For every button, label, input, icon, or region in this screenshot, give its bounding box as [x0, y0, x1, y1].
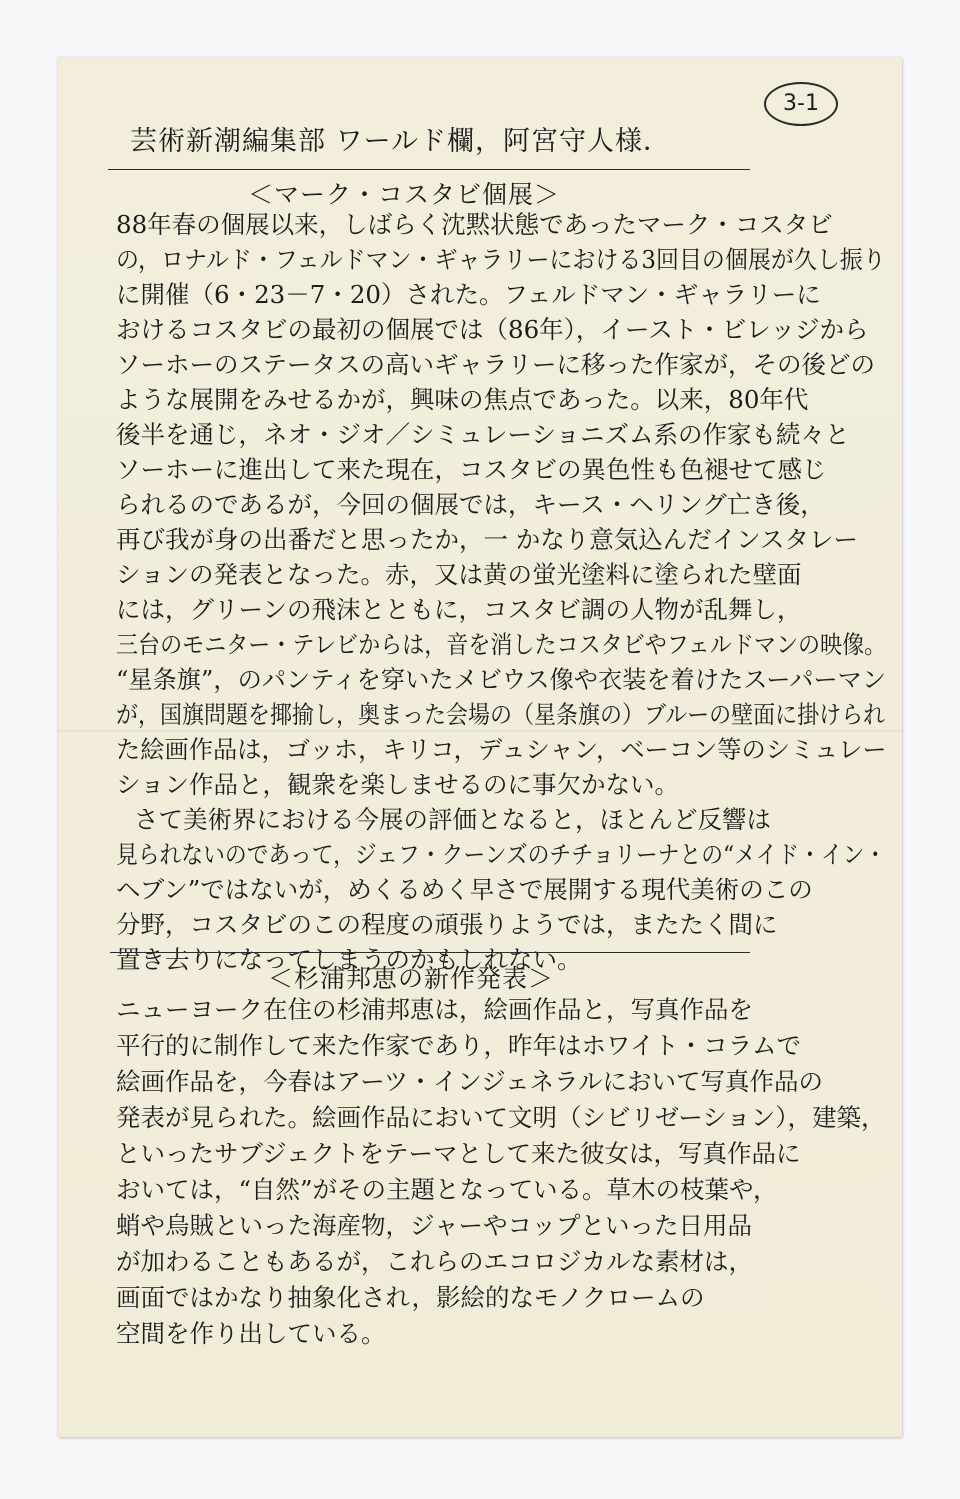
text-line: た絵画作品は，ゴッホ，キリコ，デュシャン，ベーコン等のシミュレー — [116, 732, 886, 767]
section-title-sugiura: ＜杉浦邦恵の新作発表＞ — [268, 959, 554, 995]
text-line: 蛸や烏賊といった海産物，ジャーやコップといった日用品 — [116, 1208, 876, 1244]
manuscript-page: 3-1 芸術新潮編集部 ワールド欄，阿宮守人様． ＜マーク・コスタビ個展＞ 88… — [58, 57, 902, 1437]
text-line: さて美術界における今展の評価となると，ほとんど反響は — [116, 802, 876, 837]
text-line: 後半を通じ，ネオ・ジオ／シミュレーショニズム系の作家も続々と — [116, 417, 876, 452]
text-line: おけるコスタビの最初の個展では（86年），イースト・ビレッジから — [116, 312, 876, 347]
text-line: ション作品と，観衆を楽しませるのに事欠かない。 — [116, 767, 876, 802]
text-line: おいては，“自然”がその主題となっている。草木の枝葉や， — [116, 1172, 876, 1208]
text-line: 空間を作り出している。 — [116, 1316, 876, 1352]
text-line: 画面ではかなり抽象化され，影絵的なモノクロームの — [116, 1280, 876, 1316]
text-line: に開催（6・23－7・20）された。フェルドマン・ギャラリーに — [116, 277, 876, 312]
text-line: が，国旗問題を揶揄し，奥まった会場の（星条旗の）ブルーの壁面に掛けられ — [116, 697, 886, 732]
text-line: 平行的に制作して来た作家であり，昨年はホワイト・コラムで — [116, 1028, 876, 1064]
text-line: 発表が見られた。絵画作品において文明（シビリゼーション），建築， — [116, 1100, 876, 1136]
text-line: 見られないのであって，ジェフ・クーンズのチチョリーナとの“メイド・イン・ — [116, 837, 886, 872]
addressee-line: 芸術新潮編集部 ワールド欄，阿宮守人様． — [130, 119, 770, 158]
text-line: には，グリーンの飛沫とともに，コスタビ調の人物が乱舞し， — [116, 592, 876, 627]
text-line: 三台のモニター・テレビからは，音を消したコスタビやフェルドマンの映像。 — [116, 627, 886, 662]
section-title-kostabi: ＜マーク・コスタビ個展＞ — [248, 175, 560, 211]
text-line: ニューヨーク在住の杉浦邦恵は，絵画作品と，写真作品を — [116, 992, 876, 1028]
text-line: といったサブジェクトをテーマとして来た彼女は，写真作品に — [116, 1136, 876, 1172]
text-line: ような展開をみせるかが，興味の焦点であった。以来，80年代 — [116, 382, 876, 417]
text-line: 再び我が身の出番だと思ったか，一 かなり意気込んだインスタレー — [116, 522, 876, 557]
text-line: “星条旗”，のパンティを穿いたメビウス像や衣装を着けたスーパーマン — [116, 662, 886, 697]
text-line: ションの発表となった。赤，又は黄の蛍光塗料に塗られた壁面 — [116, 557, 876, 592]
section-body-sugiura: ニューヨーク在住の杉浦邦恵は，絵画作品と，写真作品を 平行的に制作して来た作家で… — [116, 992, 876, 1352]
text-line: 絵画作品を，今春はアーツ・インジェネラルにおいて写真作品の — [116, 1064, 876, 1100]
text-line: ソーホーに進出して来た現在，コスタビの異色性も色褪せて感じ — [116, 452, 876, 487]
section-body-kostabi: 88年春の個展以来，しばらく沈黙状態であったマーク・コスタビ の，ロナルド・フェ… — [116, 207, 876, 977]
text-line: の，ロナルド・フェルドマン・ギャラリーにおける3回目の個展が久し振り — [116, 242, 886, 277]
text-line: られるのであるが，今回の個展では，キース・ヘリング亡き後， — [116, 487, 876, 522]
header-underline — [108, 169, 750, 170]
text-line: 分野，コスタビのこの程度の頑張りようでは，またたく間に — [116, 907, 876, 942]
text-line: ソーホーのステータスの高いギャラリーに移った作家が，その後どの — [116, 347, 876, 382]
text-line: が加わることもあるが，これらのエコロジカルな素材は， — [116, 1244, 876, 1280]
page-number-badge: 3-1 — [764, 82, 838, 126]
section-divider — [110, 952, 750, 953]
text-line: 88年春の個展以来，しばらく沈黙状態であったマーク・コスタビ — [116, 207, 876, 242]
text-line: ヘブン”ではないが，めくるめく早さで展開する現代美術のこの — [116, 872, 876, 907]
